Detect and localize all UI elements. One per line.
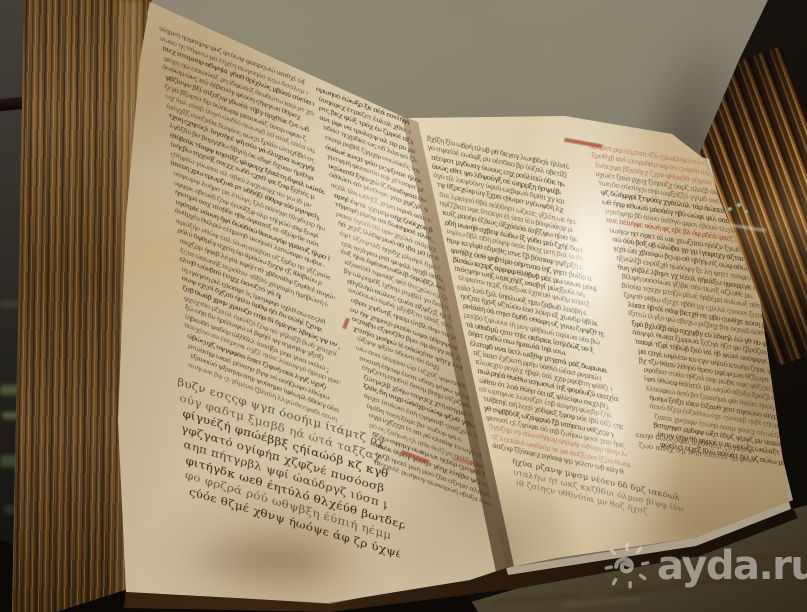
photo-canvas: ύίημνή ηοφπηρψ φνζ φτύωψ φυπρςωώ ικπθχί … — [0, 0, 807, 612]
watermark: ayda.ru — [602, 541, 807, 591]
glass-glint — [745, 210, 748, 213]
watermark-text: ayda.ru — [657, 543, 807, 589]
glass-glint — [737, 203, 741, 207]
glass-glint — [728, 207, 732, 211]
page-shading — [148, 516, 388, 601]
shelf-scratch — [560, 598, 640, 607]
sun-spiral-icon — [602, 541, 652, 591]
rubric-mark — [342, 318, 350, 330]
display-reflection — [0, 300, 20, 308]
